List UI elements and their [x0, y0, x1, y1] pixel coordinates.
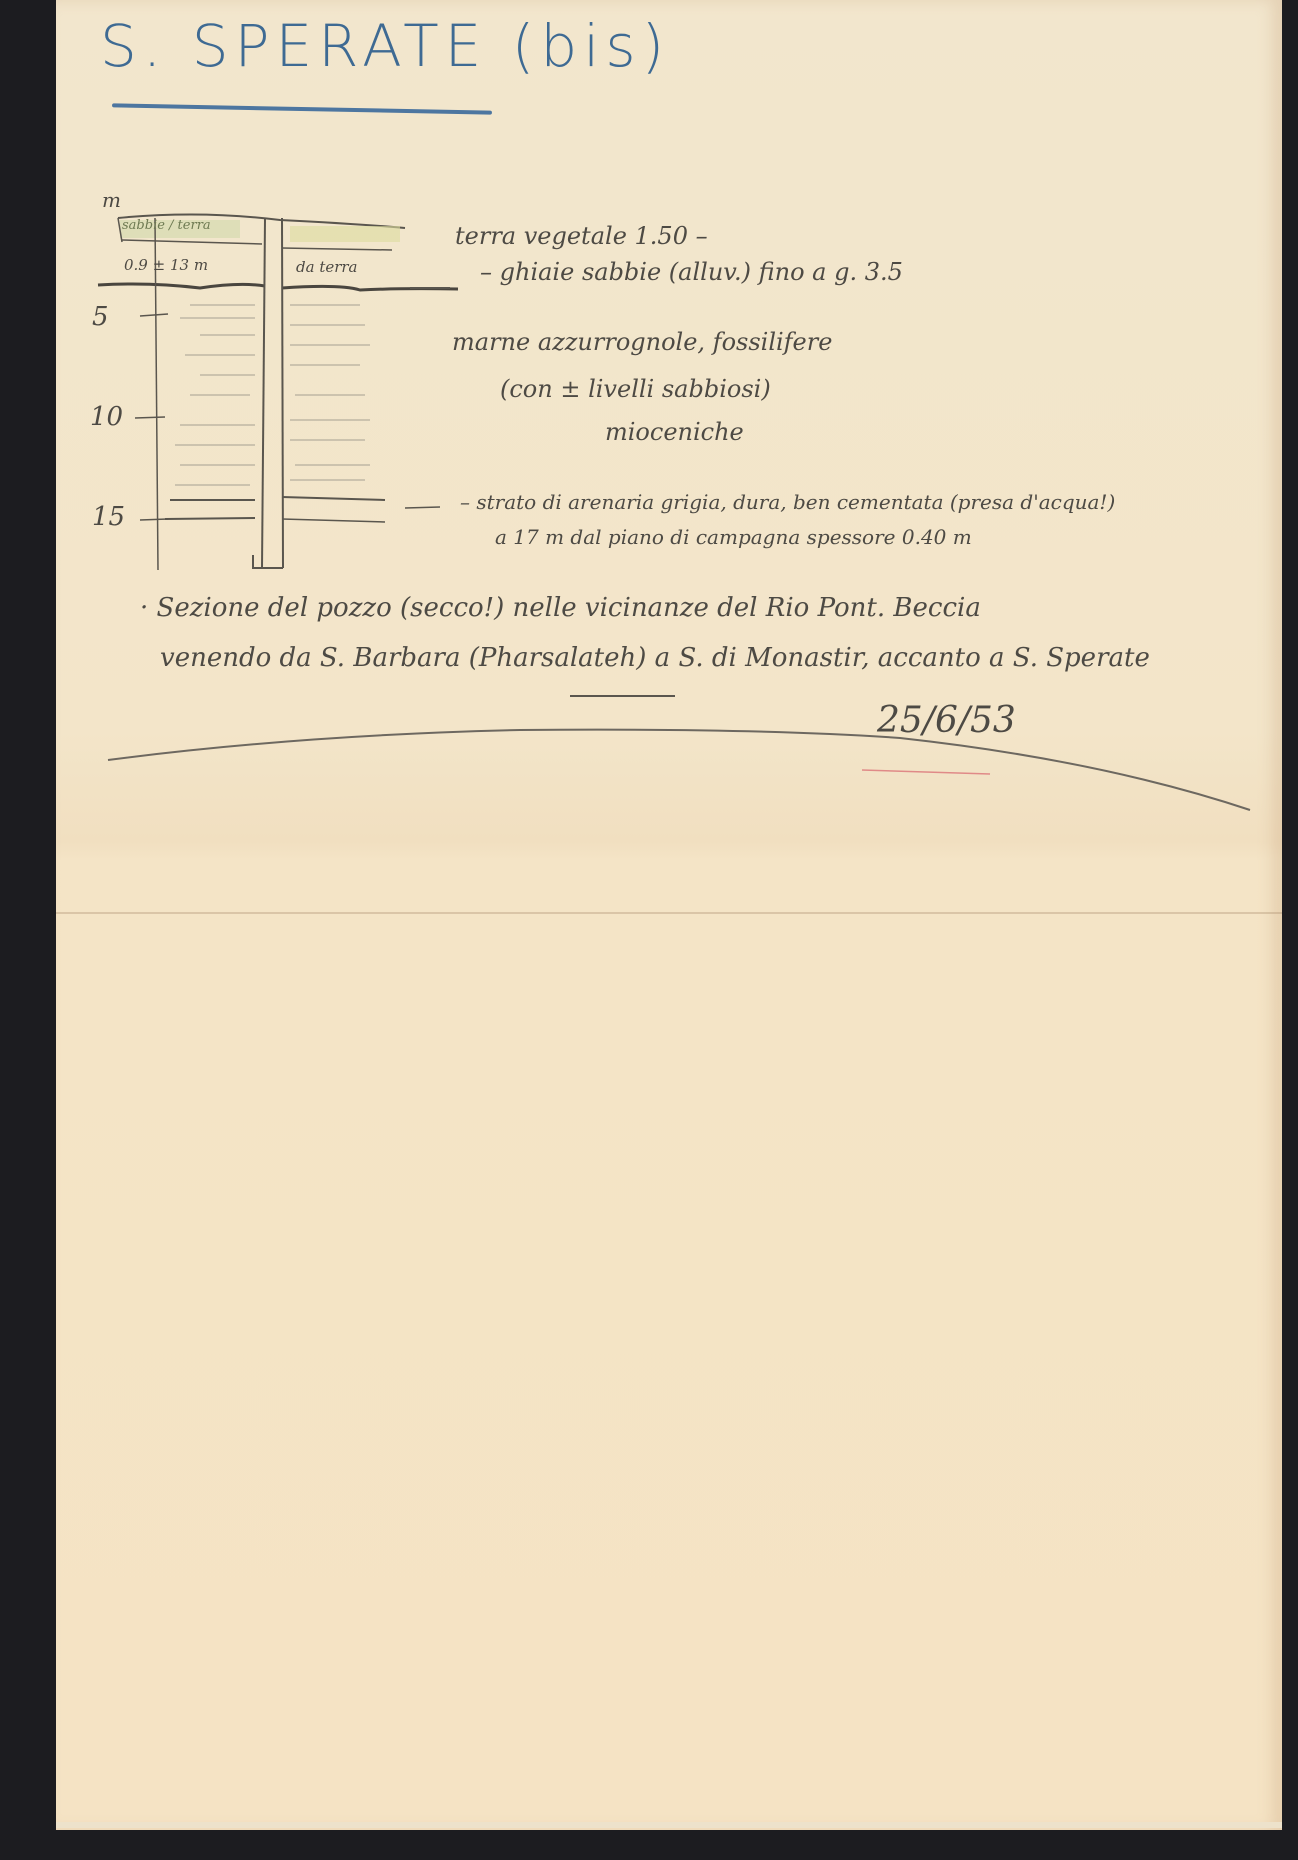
annotation-ghiaie: – ghiaie sabbie (alluv.) fino a g. 3.5 [480, 258, 903, 286]
annotation-livelli: (con ± livelli sabbiosi) [500, 375, 771, 403]
annotation-marne: marne azzurrognole, fossilifere [452, 328, 832, 356]
annotation-mioceniche: mioceniche [605, 418, 744, 446]
entry-date: 25/6/53 [877, 700, 1016, 741]
caption-line-1: · Sezione del pozzo (secco!) nelle vicin… [140, 593, 981, 623]
band-left-label: 0.9 ± 13 m [124, 256, 208, 274]
annotation-arenaria: – strato di arenaria grigia, dura, ben c… [460, 490, 1115, 514]
annotation-depth-thickness: a 17 m dal piano di campagna spessore 0.… [495, 525, 972, 549]
band-right-label: da terra [296, 258, 358, 276]
top-band-label: sabbie / terra [122, 218, 211, 233]
annotation-terra-vegetale: terra vegetale 1.50 – [455, 222, 708, 250]
caption-line-2: venendo da S. Barbara (Pharsalateh) a S.… [160, 643, 1150, 673]
